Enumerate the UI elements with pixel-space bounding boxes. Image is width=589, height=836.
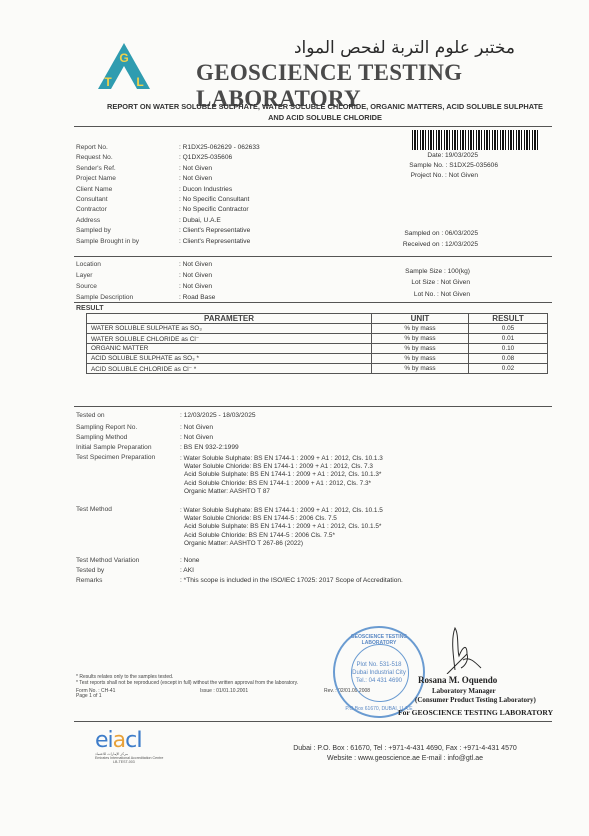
contact-web-email: Website : www.geoscience.ae E-mail : inf… [240, 754, 570, 764]
signature-icon [437, 624, 487, 674]
sampling-report-label: Sampling Report No. [76, 424, 137, 431]
result-parameter: WATER SOLUBLE SULPHATE as SO₃ [87, 324, 372, 334]
tested-on-label: Tested on [76, 412, 105, 419]
company-stamp: GEOSCIENCE TESTING LABORATORY Plot No. 5… [333, 626, 425, 718]
result-value: 0.08 [469, 354, 548, 364]
logo-letter-l: L [136, 75, 143, 89]
sampling-method-value: : Not Given [180, 434, 213, 441]
signatory-department: (Consumer Product Testing Laboratory) [415, 696, 536, 704]
report-title-line2: AND ACID SOLUBLE CHLORIDE [90, 112, 560, 123]
sampled-on: Sampled on : 06/03/2025 [358, 230, 478, 237]
sample-value: : Not Given [179, 272, 212, 279]
info-label: Request No. [76, 154, 113, 161]
lot-size: Lot Size : Not Given [370, 279, 470, 286]
result-parameter: WATER SOLUBLE CHLORIDE as Cl⁻ [87, 334, 372, 344]
header-result: RESULT [469, 314, 548, 324]
remarks-label: Remarks [76, 577, 102, 584]
info-value: : Client's Representative [179, 238, 250, 245]
info-value: : No Specific Consultant [179, 196, 249, 203]
info-value: : R1DX25-062629 - 062633 [179, 144, 260, 151]
tested-by-label: Tested by [76, 567, 104, 574]
eiac-wordmark: eiacI [95, 730, 167, 752]
result-parameter: ACID SOLUBLE CHLORIDE as Cl⁻ * [87, 364, 372, 374]
result-unit: % by mass [372, 364, 469, 374]
result-row: ACID SOLUBLE CHLORIDE as Cl⁻ * % by mass… [87, 364, 548, 374]
received-on: Received on : 12/03/2025 [358, 241, 478, 248]
info-value: : Q1DX25-035606 [179, 154, 232, 161]
standard-line: : Water Soluble Sulphate: BS EN 1744-1 :… [180, 455, 383, 463]
stamp-line1: Plot No. 531-518 [335, 662, 423, 668]
stamp-line2: Dubai Industrial City [335, 670, 423, 676]
sample-label: Layer [76, 272, 93, 279]
contact-address: Dubai : P.O. Box : 61670, Tel : +971-4-4… [240, 744, 570, 754]
sampling-report-value: : Not Given [180, 424, 213, 431]
result-unit: % by mass [372, 324, 469, 334]
info-value: : Ducon Industries [179, 186, 232, 193]
sampling-method-label: Sampling Method [76, 434, 127, 441]
signatory-role: Laboratory Manager [432, 687, 496, 695]
specimen-prep-label: Test Specimen Preparation [76, 454, 155, 461]
info-label: Client Name [76, 186, 112, 193]
info-value: : Not Given [179, 165, 212, 172]
remarks-value: : *This scope is included in the ISO/IEC… [180, 577, 403, 584]
divider [74, 302, 552, 303]
sample-value: : Not Given [179, 283, 212, 290]
standard-line: Acid Soluble Sulphate: BS EN 1744-1 : 20… [180, 523, 383, 531]
standard-line: Water Soluble Chloride: BS EN 1744-1 : 2… [180, 463, 383, 471]
info-value: : Not Given [179, 175, 212, 182]
divider [74, 721, 552, 722]
gtl-logo-icon: G T L [97, 42, 151, 90]
method-variation-label: Test Method Variation [76, 557, 139, 564]
sample-label: Location [76, 261, 101, 268]
info-value: : No Specific Contractor [179, 206, 249, 213]
signatory-for: For GEOSCIENCE TESTING LABORATORY [398, 708, 553, 717]
standard-line: : Water Soluble Sulphate: BS EN 1744-1 :… [180, 507, 383, 515]
info-label: Report No. [76, 144, 108, 151]
result-row: WATER SOLUBLE SULPHATE as SO₃ % by mass … [87, 324, 548, 334]
logo-letter-t: T [104, 75, 112, 89]
result-row: ORGANIC MATTER % by mass 0.10 [87, 344, 548, 354]
result-table: PARAMETER UNIT RESULT WATER SOLUBLE SULP… [86, 313, 548, 374]
standard-line: Acid Soluble Chloride: BS EN 1744-1 : 20… [180, 480, 383, 488]
signatory-name: Rosana M. Oquendo [418, 675, 497, 685]
lot-no: Lot No. : Not Given [370, 291, 470, 298]
result-parameter: ORGANIC MATTER [87, 344, 372, 354]
divider [74, 256, 552, 257]
result-row: ACID SOLUBLE SULPHATE as SO₃ * % by mass… [87, 354, 548, 364]
info-value: : Dubai, U.A.E [179, 217, 221, 224]
page-number: Page 1 of 1 [76, 693, 102, 699]
sample-no: Sample No. : S1DX25-035606 [358, 162, 498, 169]
sample-label: Source [76, 283, 97, 290]
sample-value: : Not Given [179, 261, 212, 268]
eiac-logo: eiacI مركز الإمارات للاعتماد Emirates In… [95, 730, 167, 768]
result-value: 0.05 [469, 324, 548, 334]
info-label: Address [76, 217, 100, 224]
stamp-title: GEOSCIENCE TESTING LABORATORY [335, 634, 423, 646]
header-unit: UNIT [372, 314, 469, 324]
info-label: Consultant [76, 196, 108, 203]
result-unit: % by mass [372, 334, 469, 344]
standard-line: Acid Soluble Sulphate: BS EN 1744-1 : 20… [180, 471, 383, 479]
result-table-header: PARAMETER UNIT RESULT [87, 314, 548, 324]
result-row: WATER SOLUBLE CHLORIDE as Cl⁻ % by mass … [87, 334, 548, 344]
logo-letter-g: G [119, 51, 128, 65]
standard-line: Organic Matter: AASHTO T 87 [180, 488, 383, 496]
result-parameter: ACID SOLUBLE SULPHATE as SO₃ * [87, 354, 372, 364]
info-value: : Client's Representative [179, 227, 250, 234]
report-title-line1: REPORT ON WATER SOLUBLE SULPHATE, WATER … [90, 101, 560, 112]
standard-line: Acid Soluble Chloride: BS EN 1744-5 : 20… [180, 532, 383, 540]
footnote-reproduction: * Test reports shall not be reproduced (… [76, 680, 298, 686]
method-variation-value: : None [180, 557, 199, 564]
sample-size: Sample Size : 100(kg) [370, 268, 470, 275]
result-value: 0.02 [469, 364, 548, 374]
project-no: Project No. : Not Given [358, 172, 478, 179]
test-method-label: Test Method [76, 506, 112, 513]
result-value: 0.01 [469, 334, 548, 344]
barcode-icon [412, 130, 540, 150]
result-unit: % by mass [372, 344, 469, 354]
stamp-line3: Tel.: 04 431 4690 [335, 678, 423, 684]
result-section-label: RESULT [76, 305, 103, 312]
contact-info: Dubai : P.O. Box : 61670, Tel : +971-4-4… [240, 744, 570, 763]
tested-on-value: : 12/03/2025 - 18/03/2025 [180, 412, 256, 419]
info-label: Sample Brought in by [76, 238, 139, 245]
divider [74, 126, 552, 127]
standard-line: Water Soluble Chloride: BS EN 1744-5 : 2… [180, 515, 383, 523]
tested-by-value: : AKI [180, 567, 194, 574]
lab-name-arabic: مختبر علوم التربة لفحص المواد [195, 38, 515, 58]
standard-line: Organic Matter: AASHTO T 267-86 (2022) [180, 540, 383, 548]
report-date: Date: 19/03/2025 [400, 152, 478, 159]
sample-value: : Road Base [179, 294, 215, 301]
info-label: Sampled by [76, 227, 111, 234]
info-label: Contractor [76, 206, 107, 213]
info-label: Sender's Ref. [76, 165, 116, 172]
info-label: Project Name [76, 175, 116, 182]
initial-prep-value: : BS EN 932-2:1999 [180, 444, 239, 451]
header-parameter: PARAMETER [87, 314, 372, 324]
initial-prep-label: Initial Sample Preparation [76, 444, 152, 451]
result-unit: % by mass [372, 354, 469, 364]
eiac-code: LB-TEST-003 [95, 760, 167, 764]
sample-label: Sample Description [76, 294, 133, 301]
report-title: REPORT ON WATER SOLUBLE SULPHATE, WATER … [90, 101, 560, 123]
divider [74, 406, 552, 407]
issue-no: Issue : 01/01.10.2001 [200, 688, 248, 694]
result-value: 0.10 [469, 344, 548, 354]
